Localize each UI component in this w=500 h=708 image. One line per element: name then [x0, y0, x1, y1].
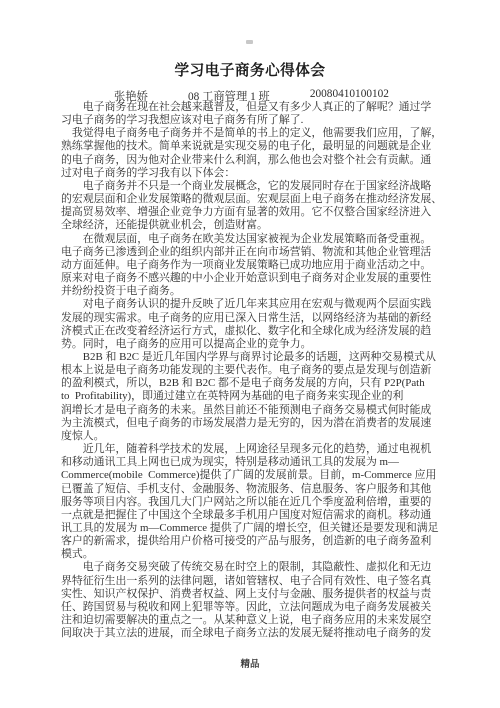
text-line: B2B 和 B2C 是近几年国内学界与商界讨论最多的话题，这两种交易模式从 — [61, 351, 443, 364]
text-line: 一点就是把握住了中国这个全球最多手机用户国度对短信需求的商机。移动通 — [61, 509, 443, 522]
text-line: 和移动通讯工具上网也已成为现实，特别是移动通讯工具的发展为 m— — [61, 456, 443, 469]
text-line: 动方面延伸。电子商务作为一项商业发展策略已成功地应用于商业活动之中。 — [61, 259, 443, 272]
text-line: 全球经济，还能提供就业机会，创造财富。 — [61, 219, 443, 232]
text-line: 的宏观层面和企业发展策略的微观层面。宏观层面上电子商务在推动经济发展、 — [61, 193, 443, 206]
text-line: 近几年，随着科学技术的发展，上网途径呈现多元化的趋势，通过电视机 — [61, 443, 443, 456]
scan-artifact-mark — [246, 40, 253, 44]
text-line: 注和迫切需要解决的重点之一。从某种意义上说，电子商务应用的未来发展空 — [61, 614, 443, 627]
text-line: 我觉得电子商务电子商务并不是简单的书上的定义，他需要我们应用，了解， — [61, 127, 443, 140]
text-line: 为主流模式，但电子商务的市场发展潜力是无穷的，因为潜在消费者的发展速 — [61, 417, 443, 430]
document-page: 学习电子商务心得体会 张艳娇 08 工商管理 1 班 2008041010010… — [0, 0, 500, 708]
text-line: 电子商务在现在社会越来越普及，但是又有多少人真正的了解呢？通过学 — [61, 101, 443, 114]
text-line: 服务等项目内容。我国几大门户网站之所以能在近几个季度盈利倍增，重要的 — [61, 496, 443, 509]
text-line: 根本上说是电子商务功能发现的主要代表作。电子商务的要点是发现与创造新 — [61, 364, 443, 377]
text-line: 提高贸易效率、增强企业竞争力方面有显著的效用。它不仅整合国家经济进入 — [61, 206, 443, 219]
text-line: 发展的现实需求。电子商务的应用已深入日常生活，以网络经济为基础的新经 — [61, 312, 443, 325]
text-line: 熟练掌握他的技术。简单来说就是实现交易的电子化，最明显的问题就是企业 — [61, 140, 443, 153]
text-line: 任、跨国贸易与税收和网上犯罪等等。因此，立法问题成为电子商务发展被关 — [61, 601, 443, 614]
text-line: 习电子商务的学习我想应该对电子商务有所了解了. — [61, 114, 443, 127]
footer-watermark: 精品 — [0, 656, 500, 670]
text-line: to Profitability)，即通过建立在英特网为基础的电子商务来实现企业… — [61, 390, 443, 403]
text-line: 客户的新需求，提供给用户价格可接受的产品与服务，创造新的电子商务盈利 — [61, 535, 443, 548]
text-line: 已覆盖了短信、手机支付、金融服务、物流服务、信息服务、客户服务和其他 — [61, 483, 443, 496]
text-line: 过对电子商务的学习我有以下体会： — [61, 167, 443, 180]
text-line: 界特征衍生出一系列的法律问题，诸如管辖权、电子合同有效性、电子签名真 — [61, 575, 443, 588]
text-line: 在微观层面，电子商务在欧美发达国家被视为企业发展策略而备受重视。 — [61, 233, 443, 246]
text-line: 的电子商务，因为他对企业带来什么利润，那么他也会对整个社会有贡献。通 — [61, 154, 443, 167]
text-line: 原来对电子商务不感兴趣的中小企业开始意识到电子商务对企业发展的重要性 — [61, 272, 443, 285]
text-line: 济模式正在改变着经济运行方式，虚拟化、数字化和全球化成为经济发展的趋 — [61, 325, 443, 338]
text-line: 模式。 — [61, 548, 443, 561]
text-line: 电子商务已渗透到企业的组织内部并正在向市场营销、物流和其他企业管理活 — [61, 246, 443, 259]
text-line: 润增长才是电子商务的未来。虽然目前还不能预测电子商务交易模式何时能成 — [61, 404, 443, 417]
text-line: 对电子商务认识的提升反映了近几年来其应用在宏观与微观两个层面实践 — [61, 298, 443, 311]
text-line: 讯工具的发展为 m—Commerce 提供了广阔的增长空，但关键还是要发现和满足 — [61, 522, 443, 535]
text-line: 电子商务并不只是一个商业发展概念，它的发展同时存在于国家经济战略 — [61, 180, 443, 193]
text-line: 的盈利模式，所以，B2B 和 B2C 都不是电子商务发展的方向，只有 P2P(P… — [61, 377, 443, 390]
document-title: 学习电子商务心得体会 — [0, 59, 500, 80]
text-line: 实性、知识产权保护、消费者权益、网上支付与金融、服务提供者的权益与责 — [61, 588, 443, 601]
text-line: 电子商务交易突破了传统交易在时空上的限制，其隐蔽性、虚拟化和无边 — [61, 561, 443, 574]
text-line: 度惊人。 — [61, 430, 443, 443]
text-line: Commerce(mobile Commerce)提供了广阔的发展前景。目前，m… — [61, 469, 443, 482]
body-text: 电子商务在现在社会越来越普及，但是又有多少人真正的了解呢？通过学习电子商务的学习… — [61, 101, 443, 640]
text-line: 间取决于其立法的进展，而全球电子商务立法的发展无疑将推动电子商务的发 — [61, 627, 443, 640]
text-line: 势。同时，电子商务的应用可以提高企业的竞争力。 — [61, 338, 443, 351]
text-line: 并纷纷投资于电子商务。 — [61, 285, 443, 298]
